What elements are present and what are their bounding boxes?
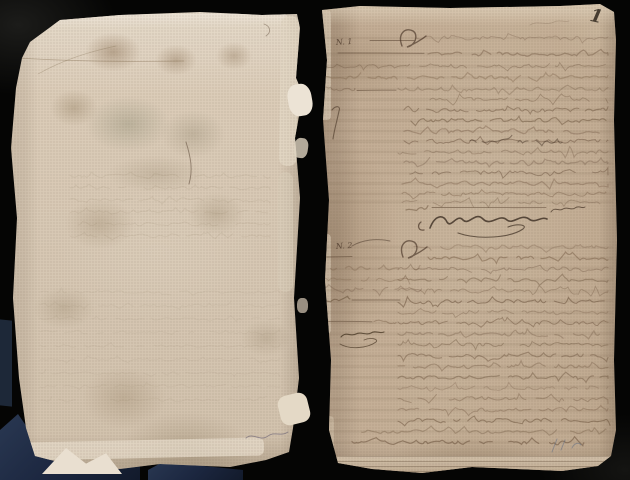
ghost-line: [78, 222, 270, 226]
ghost-line: [70, 232, 270, 240]
signature: [419, 222, 424, 230]
record-margin-label: N. 2: [335, 241, 353, 251]
manuscript-line: [430, 94, 608, 105]
ghost-line: [70, 172, 270, 178]
ghost-line: [70, 196, 270, 204]
manuscript-line: [406, 206, 428, 211]
left-page-marks-layer: [8, 12, 306, 474]
ghost-line: [40, 288, 280, 295]
ghost-line: [40, 369, 282, 376]
handwriting-layer: N. 1N. 2: [318, 4, 619, 478]
rule-line: [322, 410, 612, 411]
scratch-mark: [186, 142, 191, 184]
crease-line: [16, 58, 184, 61]
scan-backing: N. 1N. 2 1: [0, 0, 630, 480]
rule-line: [322, 88, 612, 89]
rule-line: [322, 301, 612, 302]
ghost-line: [70, 208, 272, 214]
signature-flourish: [458, 225, 524, 237]
ghost-line: [70, 184, 270, 189]
manuscript-page: N. 1N. 2 1: [318, 4, 619, 478]
margin-flourish: [352, 240, 390, 246]
scratch-mark: [264, 24, 270, 36]
ghost-line: [40, 329, 280, 335]
torn-paper-chunk: [293, 137, 310, 159]
manuscript-line: [398, 297, 610, 307]
left-blank-page: [8, 12, 306, 474]
pencil-squiggle: [246, 432, 288, 438]
ghost-line: [40, 356, 280, 363]
signature: [551, 207, 585, 212]
ghost-line: [40, 343, 280, 348]
ghost-line: [40, 302, 280, 310]
record-margin-label: N. 1: [335, 37, 353, 47]
ghost-line: [40, 396, 280, 402]
book-cover-fragment: [0, 319, 12, 406]
margin-paraphe: [332, 107, 339, 139]
faint-scribble: [530, 21, 569, 25]
ghost-line: [40, 316, 280, 322]
rule-line: [322, 398, 612, 399]
signature: [430, 217, 547, 228]
rule-line: [322, 387, 612, 388]
ghost-line: [40, 383, 280, 390]
torn-paper-chunk: [297, 298, 308, 313]
initial-capital: [402, 241, 427, 258]
